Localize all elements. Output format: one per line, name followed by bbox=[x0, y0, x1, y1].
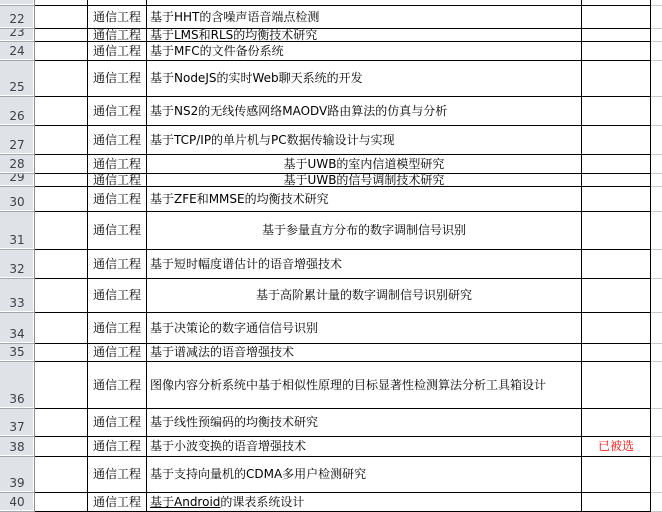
row-number-header[interactable]: 24 bbox=[0, 42, 35, 61]
department-label: 通信工程 bbox=[93, 258, 141, 271]
row-number-header[interactable]: 37 bbox=[0, 409, 35, 437]
empty-cell[interactable] bbox=[35, 61, 88, 97]
title-cell[interactable]: 基于决策论的数字通信信号识别 bbox=[147, 313, 582, 344]
empty-cell[interactable] bbox=[35, 187, 88, 212]
department-label: 通信工程 bbox=[93, 224, 141, 237]
department-label: 通信工程 bbox=[93, 346, 141, 359]
department-label: 通信工程 bbox=[93, 440, 141, 453]
department-cell[interactable]: 通信工程 bbox=[88, 279, 147, 313]
status-cell[interactable] bbox=[582, 126, 651, 155]
title-text: 基于UWB的室内信道模型研究 bbox=[284, 158, 445, 171]
row-number-label: 24 bbox=[9, 44, 24, 58]
row-number-label: 25 bbox=[9, 80, 24, 94]
title-text: 基于HHT的含噪声语音端点检测 bbox=[150, 11, 319, 24]
status-cell[interactable] bbox=[582, 97, 651, 126]
table-row: 27 通信工程 基于TCP/IP的单片机与PC数据传输设计与实现 bbox=[0, 126, 662, 155]
title-cell[interactable]: 基于NS2的无线传感网络MAODV路由算法的仿真与分析 bbox=[147, 97, 582, 126]
table-row: 37 通信工程 基于线性预编码的均衡技术研究 bbox=[0, 409, 662, 437]
empty-cell[interactable] bbox=[35, 126, 88, 155]
title-text: 基于ZFE和MMSE的均衡技术研究 bbox=[150, 193, 329, 206]
title-text: 基于决策论的数字通信信号识别 bbox=[150, 322, 318, 335]
row-number-label: 28 bbox=[9, 157, 24, 171]
title-cell[interactable]: 基于支持向量机的CDMA多用户检测研究 bbox=[147, 457, 582, 493]
row-number-label: 34 bbox=[9, 327, 24, 341]
gridline-strip bbox=[651, 155, 662, 174]
empty-cell[interactable] bbox=[35, 155, 88, 174]
department-cell[interactable]: 通信工程 bbox=[88, 97, 147, 126]
row-number-label: 30 bbox=[9, 195, 24, 209]
gridline-strip bbox=[651, 6, 662, 29]
row-number-header[interactable]: 22 bbox=[0, 6, 35, 29]
empty-cell[interactable] bbox=[35, 97, 88, 126]
table-row: 34 通信工程 基于决策论的数字通信信号识别 bbox=[0, 313, 662, 344]
gridline-strip bbox=[651, 344, 662, 362]
status-cell[interactable] bbox=[582, 29, 651, 42]
row-number-header[interactable]: 32 bbox=[0, 250, 35, 279]
row-number-label: 33 bbox=[9, 296, 24, 310]
gridline-strip bbox=[651, 457, 662, 493]
title-cell[interactable]: 基于Android的课表系统设计 bbox=[147, 493, 582, 512]
title-underlined-text: 基于Android bbox=[150, 496, 220, 509]
table-row: 25 通信工程 基于NodeJS的实时Web聊天系统的开发 bbox=[0, 61, 662, 97]
empty-cell[interactable] bbox=[35, 313, 88, 344]
status-cell[interactable] bbox=[582, 457, 651, 493]
empty-cell[interactable] bbox=[35, 6, 88, 29]
row-number-header[interactable]: 29 bbox=[0, 174, 35, 187]
table-row: 40 通信工程 基于Android的课表系统设计 bbox=[0, 493, 662, 512]
gridline-strip bbox=[651, 279, 662, 313]
status-cell[interactable] bbox=[582, 362, 651, 409]
department-label: 通信工程 bbox=[93, 134, 141, 147]
gridline-strip bbox=[651, 313, 662, 344]
department-cell[interactable]: 通信工程 bbox=[88, 6, 147, 29]
title-cell[interactable]: 图像内容分析系统中基于相似性原理的目标显著性检测算法分析工具箱设计 bbox=[147, 362, 582, 409]
department-label: 通信工程 bbox=[93, 416, 141, 429]
title-text: 基于参量直方分布的数字调制信号识别 bbox=[262, 224, 466, 237]
title-cell[interactable]: 基于参量直方分布的数字调制信号识别 bbox=[147, 212, 582, 250]
title-text: 基于短时幅度谱估计的语音增强技术 bbox=[150, 258, 342, 271]
title-cell[interactable]: 基于ZFE和MMSE的均衡技术研究 bbox=[147, 187, 582, 212]
table-row: 23 通信工程 基于LMS和RLS的均衡技术研究 bbox=[0, 29, 662, 42]
spreadsheet-grid: 21 22 通信工程 基于HHT的含噪声语音端点检测 23 bbox=[0, 0, 662, 512]
table-row: 29 通信工程 基于UWB的信号调制技术研究 bbox=[0, 174, 662, 187]
empty-cell[interactable] bbox=[35, 493, 88, 512]
row-number-label: 40 bbox=[9, 495, 24, 509]
status-cell[interactable]: 已被选 bbox=[582, 437, 651, 457]
title-text: 基于线性预编码的均衡技术研究 bbox=[150, 416, 318, 429]
table-row: 33 通信工程 基于高阶累计量的数字调制信号识别研究 bbox=[0, 279, 662, 313]
title-cell[interactable]: 基于UWB的信号调制技术研究 bbox=[147, 174, 582, 187]
row-number-header[interactable]: 33 bbox=[0, 279, 35, 313]
table-row: 30 通信工程 基于ZFE和MMSE的均衡技术研究 bbox=[0, 187, 662, 212]
status-cell[interactable] bbox=[582, 212, 651, 250]
table-row: 36 通信工程 图像内容分析系统中基于相似性原理的目标显著性检测算法分析工具箱设… bbox=[0, 362, 662, 409]
gridline-strip bbox=[651, 493, 662, 512]
table-row: 32 通信工程 基于短时幅度谱估计的语音增强技术 bbox=[0, 250, 662, 279]
row-number-header[interactable]: 35 bbox=[0, 344, 35, 362]
title-text: 基于小波变换的语音增强技术 bbox=[150, 440, 306, 453]
department-cell[interactable]: 通信工程 bbox=[88, 457, 147, 493]
gridline-strip bbox=[651, 42, 662, 61]
status-cell[interactable] bbox=[582, 6, 651, 29]
empty-cell[interactable] bbox=[35, 457, 88, 493]
department-label: 通信工程 bbox=[93, 468, 141, 481]
empty-cell[interactable] bbox=[35, 437, 88, 457]
department-cell[interactable]: 通信工程 bbox=[88, 250, 147, 279]
empty-cell[interactable] bbox=[35, 409, 88, 437]
row-number-header[interactable]: 31 bbox=[0, 212, 35, 250]
row-number-label: 39 bbox=[9, 476, 24, 490]
empty-cell[interactable] bbox=[35, 29, 88, 42]
row-number-header[interactable]: 40 bbox=[0, 493, 35, 512]
title-text: 基于MFC的文件备份系统 bbox=[150, 45, 284, 58]
row-number-header[interactable]: 36 bbox=[0, 362, 35, 409]
department-label: 通信工程 bbox=[93, 174, 141, 186]
department-cell[interactable]: 通信工程 bbox=[88, 362, 147, 409]
title-cell[interactable]: 基于MFC的文件备份系统 bbox=[147, 42, 582, 61]
row-number-label: 31 bbox=[9, 233, 24, 247]
empty-cell[interactable] bbox=[35, 362, 88, 409]
department-cell[interactable]: 通信工程 bbox=[88, 313, 147, 344]
gridline-strip bbox=[651, 61, 662, 97]
row-number-header[interactable]: 25 bbox=[0, 61, 35, 97]
status-label: 已被选 bbox=[598, 440, 634, 453]
status-cell[interactable] bbox=[582, 42, 651, 61]
department-cell[interactable]: 通信工程 bbox=[88, 212, 147, 250]
department-cell[interactable]: 通信工程 bbox=[88, 29, 147, 42]
gridline-strip bbox=[651, 126, 662, 155]
row-number-header[interactable]: 27 bbox=[0, 126, 35, 155]
department-cell[interactable]: 通信工程 bbox=[88, 42, 147, 61]
table-row: 22 通信工程 基于HHT的含噪声语音端点检测 bbox=[0, 6, 662, 29]
title-cell[interactable]: 基于短时幅度谱估计的语音增强技术 bbox=[147, 250, 582, 279]
department-label: 通信工程 bbox=[93, 72, 141, 85]
table-row: 39 通信工程 基于支持向量机的CDMA多用户检测研究 bbox=[0, 457, 662, 493]
row-number-header[interactable]: 38 bbox=[0, 437, 35, 457]
department-cell[interactable]: 通信工程 bbox=[88, 61, 147, 97]
department-label: 通信工程 bbox=[93, 496, 141, 509]
row-number-header[interactable]: 23 bbox=[0, 29, 35, 42]
row-number-label: 26 bbox=[9, 109, 24, 123]
title-text: 基于TCP/IP的单片机与PC数据传输设计与实现 bbox=[150, 134, 395, 147]
title-text: 图像内容分析系统中基于相似性原理的目标显著性检测算法分析工具箱设计 bbox=[150, 379, 546, 392]
row-number-header[interactable]: 26 bbox=[0, 97, 35, 126]
row-number-label: 22 bbox=[9, 12, 24, 26]
table-row: 28 通信工程 基于UWB的室内信道模型研究 bbox=[0, 155, 662, 174]
row-number-header[interactable]: 28 bbox=[0, 155, 35, 174]
department-label: 通信工程 bbox=[93, 11, 141, 24]
department-cell[interactable]: 通信工程 bbox=[88, 409, 147, 437]
row-number-label: 27 bbox=[9, 138, 24, 152]
gridline-strip bbox=[651, 409, 662, 437]
department-label: 通信工程 bbox=[93, 289, 141, 302]
department-label: 通信工程 bbox=[93, 379, 141, 392]
table-row: 24 通信工程 基于MFC的文件备份系统 bbox=[0, 42, 662, 61]
title-cell[interactable]: 基于谱减法的语音增强技术 bbox=[147, 344, 582, 362]
title-text: 基于LMS和RLS的均衡技术研究 bbox=[150, 29, 317, 41]
title-cell[interactable]: 基于HHT的含噪声语音端点检测 bbox=[147, 6, 582, 29]
table-row: 26 通信工程 基于NS2的无线传感网络MAODV路由算法的仿真与分析 bbox=[0, 97, 662, 126]
title-cell[interactable]: 基于线性预编码的均衡技术研究 bbox=[147, 409, 582, 437]
status-cell[interactable] bbox=[582, 155, 651, 174]
row-number-label: 32 bbox=[9, 262, 24, 276]
department-cell[interactable]: 通信工程 bbox=[88, 174, 147, 187]
row-number-header[interactable]: 30 bbox=[0, 187, 35, 212]
title-text: 基于高阶累计量的数字调制信号识别研究 bbox=[256, 289, 472, 302]
row-number-label: 21 bbox=[9, 0, 24, 3]
gridline-strip bbox=[651, 362, 662, 409]
title-text: 基于UWB的信号调制技术研究 bbox=[284, 174, 445, 186]
empty-cell[interactable] bbox=[35, 279, 88, 313]
row-number-header[interactable]: 39 bbox=[0, 457, 35, 493]
row-number-label: 35 bbox=[9, 345, 24, 359]
department-label: 通信工程 bbox=[93, 193, 141, 206]
table-row: 35 通信工程 基于谱减法的语音增强技术 bbox=[0, 344, 662, 362]
row-number-label: 29 bbox=[9, 174, 24, 184]
gridline-strip bbox=[651, 187, 662, 212]
empty-cell[interactable] bbox=[35, 250, 88, 279]
department-label: 通信工程 bbox=[93, 322, 141, 335]
department-cell[interactable]: 通信工程 bbox=[88, 344, 147, 362]
gridline-strip bbox=[651, 250, 662, 279]
status-cell[interactable] bbox=[582, 493, 651, 512]
status-cell[interactable] bbox=[582, 313, 651, 344]
title-cell[interactable]: 基于TCP/IP的单片机与PC数据传输设计与实现 bbox=[147, 126, 582, 155]
department-label: 通信工程 bbox=[93, 29, 141, 41]
department-cell[interactable]: 通信工程 bbox=[88, 493, 147, 512]
title-text: 基于NS2的无线传感网络MAODV路由算法的仿真与分析 bbox=[150, 105, 447, 118]
department-label: 通信工程 bbox=[93, 158, 141, 171]
department-label: 通信工程 bbox=[93, 45, 141, 58]
title-text: 的课表系统设计 bbox=[220, 496, 304, 509]
department-cell[interactable]: 通信工程 bbox=[88, 126, 147, 155]
row-number-label: 23 bbox=[9, 29, 24, 39]
gridline-strip bbox=[651, 437, 662, 457]
status-cell[interactable] bbox=[582, 279, 651, 313]
empty-cell[interactable] bbox=[35, 344, 88, 362]
title-text: 基于谱减法的语音增强技术 bbox=[150, 346, 294, 359]
title-cell[interactable]: 基于LMS和RLS的均衡技术研究 bbox=[147, 29, 582, 42]
gridline-strip bbox=[651, 29, 662, 42]
status-cell[interactable] bbox=[582, 174, 651, 187]
title-cell[interactable]: 基于小波变换的语音增强技术 bbox=[147, 437, 582, 457]
row-number-label: 38 bbox=[9, 440, 24, 454]
status-cell[interactable] bbox=[582, 409, 651, 437]
title-text: 基于支持向量机的CDMA多用户检测研究 bbox=[150, 468, 366, 481]
gridline-strip bbox=[651, 212, 662, 250]
table-row: 31 通信工程 基于参量直方分布的数字调制信号识别 bbox=[0, 212, 662, 250]
table-row: 38 通信工程 基于小波变换的语音增强技术 已被选 bbox=[0, 437, 662, 457]
status-cell[interactable] bbox=[582, 187, 651, 212]
row-number-label: 36 bbox=[9, 392, 24, 406]
department-label: 通信工程 bbox=[93, 105, 141, 118]
row-number-header[interactable]: 34 bbox=[0, 313, 35, 344]
title-cell[interactable]: 基于UWB的室内信道模型研究 bbox=[147, 155, 582, 174]
title-cell[interactable]: 基于高阶累计量的数字调制信号识别研究 bbox=[147, 279, 582, 313]
gridline-strip bbox=[651, 97, 662, 126]
title-text: 基于NodeJS的实时Web聊天系统的开发 bbox=[150, 72, 363, 85]
department-cell[interactable]: 通信工程 bbox=[88, 155, 147, 174]
status-cell[interactable] bbox=[582, 344, 651, 362]
empty-cell[interactable] bbox=[35, 212, 88, 250]
empty-cell[interactable] bbox=[35, 42, 88, 61]
department-cell[interactable]: 通信工程 bbox=[88, 187, 147, 212]
status-cell[interactable] bbox=[582, 250, 651, 279]
gridline-strip bbox=[651, 174, 662, 187]
status-cell[interactable] bbox=[582, 61, 651, 97]
empty-cell[interactable] bbox=[35, 174, 88, 187]
department-cell[interactable]: 通信工程 bbox=[88, 437, 147, 457]
title-cell[interactable]: 基于NodeJS的实时Web聊天系统的开发 bbox=[147, 61, 582, 97]
row-number-label: 37 bbox=[9, 420, 24, 434]
